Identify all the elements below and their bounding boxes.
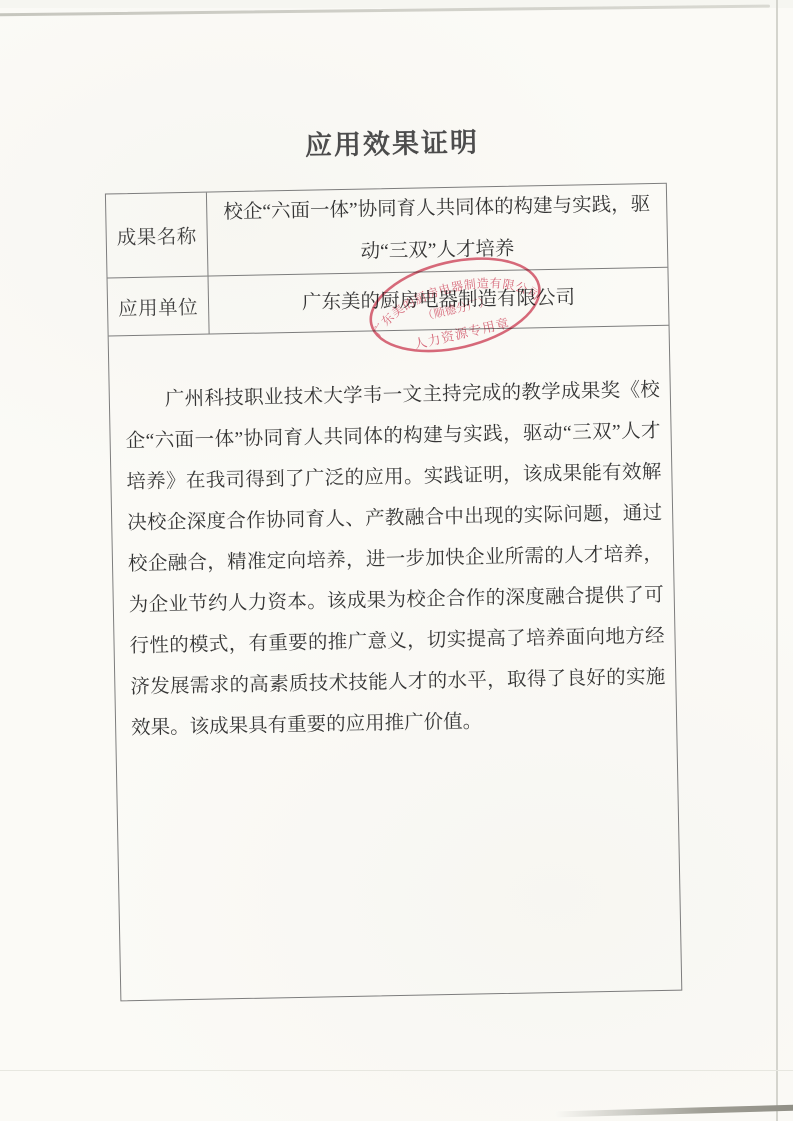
- scanned-page: 应用效果证明 成果名称 校企“六面一体”协同育人共同体的构建与实践，驱动“三双”…: [0, 0, 793, 1121]
- company-stamp: 广东美的厨房电器制造有限公司 （顺德分厂） 人力资源专用章: [334, 225, 577, 386]
- applying-unit-label: 应用单位: [108, 277, 210, 336]
- certificate-body-text: 广州科技职业技术大学韦一文主持完成的教学成果奖《校企“六面一体”协同育人共同体的…: [109, 326, 682, 1001]
- achievement-name-label: 成果名称: [106, 193, 209, 278]
- table-row-body: 广州科技职业技术大学韦一文主持完成的教学成果奖《校企“六面一体”协同育人共同体的…: [109, 326, 682, 1001]
- document-title: 应用效果证明: [0, 114, 792, 168]
- document-content: 应用效果证明 成果名称 校企“六面一体”协同育人共同体的构建与实践，驱动“三双”…: [0, 0, 793, 1121]
